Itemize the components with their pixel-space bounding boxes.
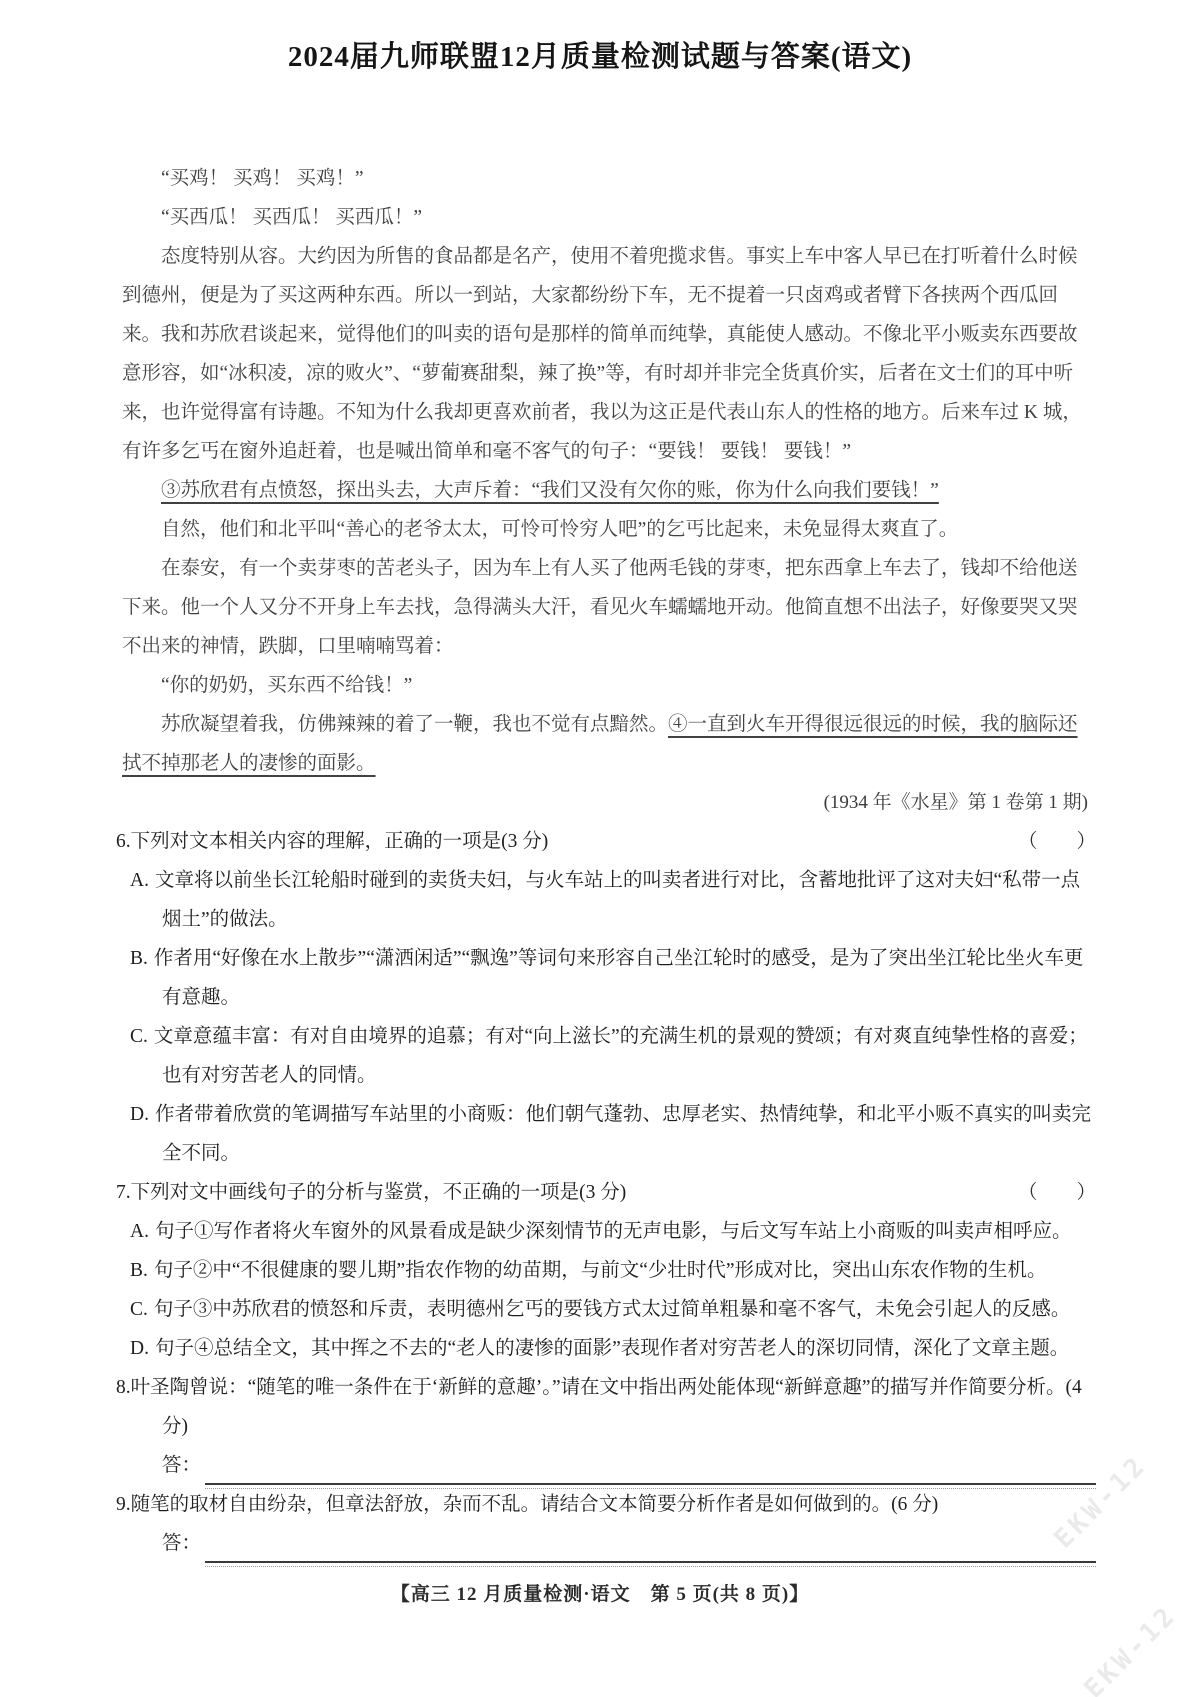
passage-text: “你的奶奶，买东西不给钱！” (161, 675, 412, 696)
option-6C: C.文章意蕴丰富：有对自由境界的追慕；有对“向上滋长”的充满生机的景观的赞颂；有… (116, 1017, 1096, 1095)
passage-paragraph: “买西瓜！ 买西瓜！ 买西瓜！” (122, 198, 1088, 237)
question-stem: 7.下列对文中画线句子的分析与鉴赏，不正确的一项是(3 分) (116, 1173, 1010, 1212)
option-label: B. (130, 1260, 148, 1281)
option-6A: A.文章将以前坐长江轮船时碰到的卖货夫妇，与火车站上的叫卖者进行对比，含蓄地批评… (116, 861, 1096, 939)
answer-row: 答： (116, 1446, 1096, 1485)
question-stem: 6.下列对文本相关内容的理解，正确的一项是(3 分) (116, 822, 1010, 861)
answer-label: 答： (162, 1524, 201, 1563)
option-label: A. (130, 1221, 149, 1242)
answer-row: 答： (116, 1524, 1096, 1563)
passage-paragraph: 态度特别从容。大约因为所售的食品都是名产，使用不着兜揽求售。事实上车中客人早已在… (122, 237, 1088, 471)
option-7B: B.句子②中“不很健康的婴儿期”指农作物的幼苗期，与前文“少壮时代”形成对比，突… (116, 1251, 1096, 1290)
option-7A: A.句子①写作者将火车窗外的风景看成是缺少深刻情节的无声电影，与后文写车站上小商… (116, 1212, 1096, 1251)
passage-paragraph: 苏欣凝望着我，仿佛辣辣的着了一鞭，我也不觉有点黯然。④一直到火车开得很远很远的时… (122, 705, 1088, 783)
option-label: C. (130, 1026, 148, 1047)
page-footer: 【高三 12 月质量检测·语文 第 5 页(共 8 页)】 (0, 1579, 1200, 1606)
answer-bracket: （ ） (1018, 1173, 1096, 1212)
passage-paragraph: 在泰安，有一个卖芽枣的苦老头子，因为车上有人买了他两毛钱的芽枣，把东西拿上车去了… (122, 549, 1088, 666)
passage-text: “买西瓜！ 买西瓜！ 买西瓜！” (161, 207, 422, 228)
answer-label: 答： (162, 1446, 201, 1485)
question-7: 7.下列对文中画线句子的分析与鉴赏，不正确的一项是(3 分)（ ）A.句子①写作… (116, 1173, 1096, 1368)
question-stem: 8.叶圣陶曾说：“随笔的唯一条件在于‘新鲜的意趣’。”请在文中指出两处能体现“新… (116, 1368, 1096, 1446)
option-text: 作者带着欣赏的笔调描写车站里的小商贩：他们朝气蓬勃、忠厚老实、热情纯挚，和北平小… (155, 1104, 1091, 1164)
underlined-sentence: ③苏欣君有点愤怒，探出头去，大声斥着：“我们又没有欠你的账，你为什么向我们要钱！… (161, 480, 939, 501)
question-stem: 9.随笔的取材自由纷杂，但章法舒放，杂而不乱。请结合文本简要分析作者是如何做到的… (116, 1485, 1096, 1524)
question-stem-row: 9.随笔的取材自由纷杂，但章法舒放，杂而不乱。请结合文本简要分析作者是如何做到的… (116, 1485, 1096, 1524)
option-label: C. (130, 1299, 148, 1320)
passage-paragraph: ③苏欣君有点愤怒，探出头去，大声斥着：“我们又没有欠你的账，你为什么向我们要钱！… (122, 471, 1088, 510)
question-6: 6.下列对文本相关内容的理解，正确的一项是(3 分)（ ）A.文章将以前坐长江轮… (116, 822, 1096, 1173)
option-text: 文章将以前坐长江轮船时碰到的卖货夫妇，与火车站上的叫卖者进行对比，含蓄地批评了这… (155, 870, 1080, 930)
option-label: A. (130, 870, 149, 891)
option-text: 句子①写作者将火车窗外的风景看成是缺少深刻情节的无声电影，与后文写车站上小商贩的… (155, 1221, 1072, 1242)
passage-text: 在泰安，有一个卖芽枣的苦老头子，因为车上有人买了他两毛钱的芽枣，把东西拿上车去了… (122, 558, 1078, 657)
question-stem-row: 8.叶圣陶曾说：“随笔的唯一条件在于‘新鲜的意趣’。”请在文中指出两处能体现“新… (116, 1368, 1096, 1446)
option-7D: D.句子④总结全文，其中挥之不去的“老人的凄惨的面影”表现作者对穷苦老人的深切同… (116, 1329, 1096, 1368)
option-text: 作者用“好像在水上散步”“潇洒闲适”“飘逸”等词句来形容自己坐江轮时的感受，是为… (154, 948, 1083, 1008)
passage-text: 自然，他们和北平叫“善心的老爷太太，可怜可怜穷人吧”的乞丐比起来，未免显得太爽直… (161, 519, 958, 540)
option-label: B. (130, 948, 148, 969)
option-text: 句子④总结全文，其中挥之不去的“老人的凄惨的面影”表现作者对穷苦老人的深切同情，… (155, 1338, 1069, 1359)
answer-blank-line (205, 1531, 1096, 1563)
answer-blank-line (205, 1453, 1096, 1485)
question-9: 9.随笔的取材自由纷杂，但章法舒放，杂而不乱。请结合文本简要分析作者是如何做到的… (116, 1485, 1096, 1563)
question-stem-row: 6.下列对文本相关内容的理解，正确的一项是(3 分)（ ） (116, 822, 1096, 861)
option-6D: D.作者带着欣赏的笔调描写车站里的小商贩：他们朝气蓬勃、忠厚老实、热情纯挚，和北… (116, 1095, 1096, 1173)
option-6B: B.作者用“好像在水上散步”“潇洒闲适”“飘逸”等词句来形容自己坐江轮时的感受，… (116, 939, 1096, 1017)
option-text: 句子③中苏欣君的愤怒和斥责，表明德州乞丐的要钱方式太过简单粗暴和毫不客气，未免会… (154, 1299, 1071, 1320)
passage-paragraph: “买鸡！ 买鸡！ 买鸡！” (122, 159, 1088, 198)
passage-source: (1934 年《水星》第 1 卷第 1 期) (122, 783, 1088, 822)
option-text: 句子②中“不很健康的婴儿期”指农作物的幼苗期，与前文“少壮时代”形成对比，突出山… (154, 1260, 1047, 1281)
option-label: D. (130, 1338, 149, 1359)
exam-page: 2024届九师联盟12月质量检测试题与答案(语文) “买鸡！ 买鸡！ 买鸡！”“… (0, 0, 1200, 1697)
option-label: D. (130, 1104, 149, 1125)
answer-bracket: （ ） (1018, 822, 1096, 861)
passage-paragraph: “你的奶奶，买东西不给钱！” (122, 666, 1088, 705)
passage-text: 态度特别从容。大约因为所售的食品都是名产，使用不着兜揽求售。事实上车中客人早已在… (122, 246, 1082, 462)
passage-text: “买鸡！ 买鸡！ 买鸡！” (161, 168, 364, 189)
passage: “买鸡！ 买鸡！ 买鸡！”“买西瓜！ 买西瓜！ 买西瓜！”态度特别从容。大约因为… (122, 159, 1088, 783)
passage-text: 苏欣凝望着我，仿佛辣辣的着了一鞭，我也不觉有点黯然。 (161, 714, 668, 735)
question-list: 6.下列对文本相关内容的理解，正确的一项是(3 分)（ ）A.文章将以前坐长江轮… (116, 822, 1096, 1563)
option-7C: C.句子③中苏欣君的愤怒和斥责，表明德州乞丐的要钱方式太过简单粗暴和毫不客气，未… (116, 1290, 1096, 1329)
passage-paragraph: 自然，他们和北平叫“善心的老爷太太，可怜可怜穷人吧”的乞丐比起来，未免显得太爽直… (122, 510, 1088, 549)
watermark: EKW-12 (1079, 1600, 1184, 1697)
option-text: 文章意蕴丰富：有对自由境界的追慕；有对“向上滋长”的充满生机的景观的赞颂；有对爽… (154, 1026, 1088, 1086)
question-stem-row: 7.下列对文中画线句子的分析与鉴赏，不正确的一项是(3 分)（ ） (116, 1173, 1096, 1212)
question-8: 8.叶圣陶曾说：“随笔的唯一条件在于‘新鲜的意趣’。”请在文中指出两处能体现“新… (116, 1368, 1096, 1485)
page-title: 2024届九师联盟12月质量检测试题与答案(语文) (0, 34, 1200, 75)
